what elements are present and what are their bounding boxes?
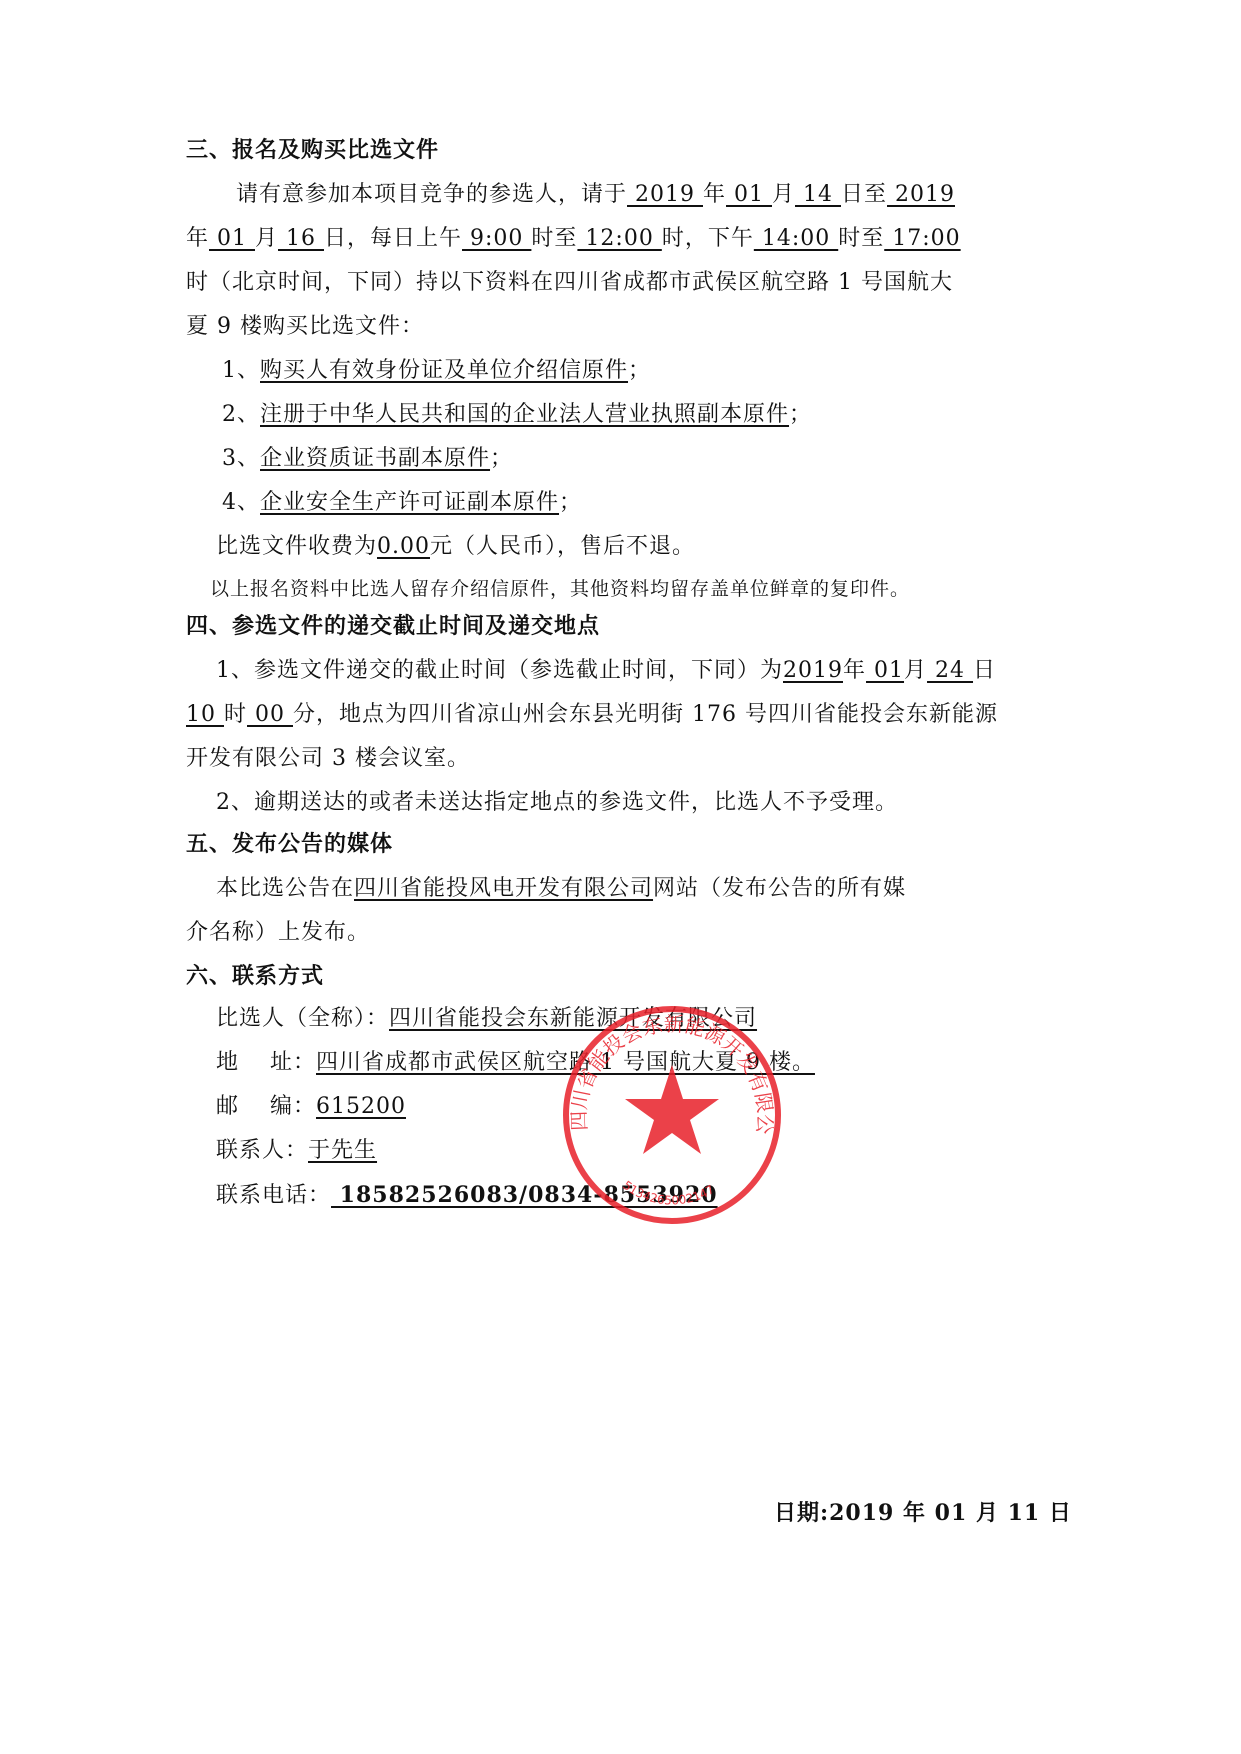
media-line-1: 本比选公告在四川省能投风电开发有限公司网站（发布公告的所有媒 xyxy=(216,874,906,904)
contact-phone: 联系电话： 18582526083/0834-8553920 xyxy=(216,1180,718,1211)
requirement-item-1: 1、购买人有效身份证及单位介绍信原件； xyxy=(222,356,651,386)
document-date: 日期:2019 年 01 月 11 日 xyxy=(774,1498,1072,1528)
registration-note: 以上报名资料中比选人留存介绍信原件，其他资料均留存盖单位鲜章的复印件。 xyxy=(210,574,910,604)
section-4-heading: 四、参选文件的递交截止时间及递交地点 xyxy=(186,612,600,642)
document-fee: 比选文件收费为0.00元（人民币），售后不退。 xyxy=(216,532,695,562)
deadline-line-3: 开发有限公司 3 楼会议室。 xyxy=(186,744,470,774)
contact-postcode: 邮 编：615200 xyxy=(216,1092,406,1122)
requirement-item-3: 3、企业资质证书副本原件； xyxy=(222,444,513,474)
late-submission-note: 2、逾期送达的或者未送达指定地点的参选文件，比选人不予受理。 xyxy=(216,788,898,818)
contact-address: 地 址：四川省成都市武侯区航空路 1 号国航大夏 9 楼。 xyxy=(216,1048,815,1078)
deadline-line-1: 1、参选文件递交的截止时间（参选截止时间，下同）为2019年 01月 24 日 xyxy=(216,656,996,686)
section-3-heading: 三、报名及购买比选文件 xyxy=(186,136,439,166)
deadline-line-2: 10 时 00 分，地点为四川省凉山州会东县光明街 176 号四川省能投会东新能… xyxy=(186,700,998,730)
section-3-intro-line-4: 夏 9 楼购买比选文件： xyxy=(186,312,424,342)
star-icon xyxy=(625,1065,719,1154)
section-3-intro-line-2: 年 01 月 16 日，每日上午 9:00 时至 12:00 时，下午 14:0… xyxy=(186,224,961,254)
requirement-item-4: 4、企业安全生产许可证副本原件； xyxy=(222,488,582,518)
section-3-intro-line-1: 请有意参加本项目竞争的参选人，请于 2019 年 01 月 14 日至 2019 xyxy=(236,180,955,210)
section-3-intro-line-3: 时（北京时间，下同）持以下资料在四川省成都市武侯区航空路 1 号国航大 xyxy=(186,268,953,298)
section-6-heading: 六、联系方式 xyxy=(186,962,324,992)
contact-person: 联系人：于先生 xyxy=(216,1136,377,1166)
media-line-2: 介名称）上发布。 xyxy=(186,918,370,948)
document-page: 三、报名及购买比选文件 请有意参加本项目竞争的参选人，请于 2019 年 01 … xyxy=(0,0,1241,1754)
requirement-item-2: 2、注册于中华人民共和国的企业法人营业执照副本原件； xyxy=(222,400,812,430)
contact-bidder: 比选人（全称）：四川省能投会东新能源开发有限公司 xyxy=(216,1004,757,1034)
section-5-heading: 五、发布公告的媒体 xyxy=(186,830,393,860)
